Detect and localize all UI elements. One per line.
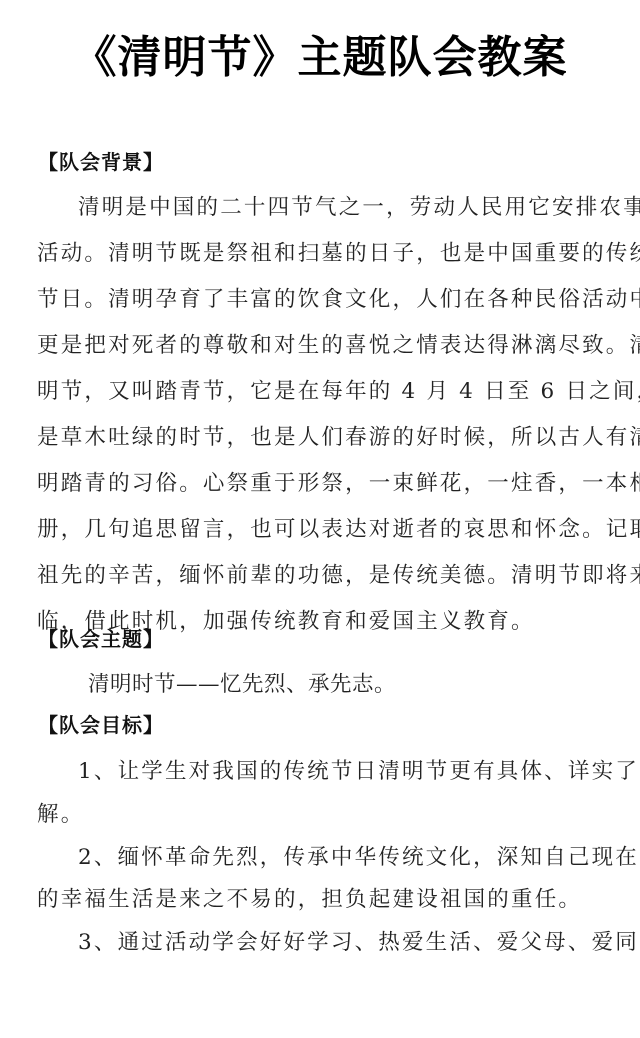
document-title: 《清明节》主题队会教案 — [0, 28, 640, 88]
goal-line: 1、让学生对我国的传统节日清明节更有具体、详实了 — [78, 757, 639, 787]
paragraph-line: 清明是中国的二十四节气之一，劳动人民用它安排农事 — [78, 193, 640, 223]
paragraph-line: 明踏青的习俗。心祭重于形祭，一束鲜花，一炷香，一本相 — [37, 469, 640, 499]
paragraph-line: 明节，又叫踏青节，它是在每年的 4 月 4 日至 6 日之间，正 — [37, 377, 640, 407]
goal-line: 3、通过活动学会好好学习、热爱生活、爱父母、爱同 — [78, 928, 639, 958]
paragraph-line: 节日。清明孕育了丰富的饮食文化，人们在各种民俗活动中， — [37, 285, 640, 315]
theme-line: 清明时节——忆先烈、承先志。 — [88, 670, 396, 700]
section-heading-background: 【队会背景】 — [38, 147, 164, 177]
paragraph-line: 是草木吐绿的时节，也是人们春游的好时候，所以古人有清 — [37, 423, 640, 453]
paragraph-line: 册，几句追思留言，也可以表达对逝者的哀思和怀念。记取 — [37, 515, 640, 545]
section-heading-theme: 【队会主题】 — [38, 624, 164, 654]
document-page: 《清明节》主题队会教案 【队会背景】 清明是中国的二十四节气之一，劳动人民用它安… — [0, 0, 640, 1038]
goal-line: 的幸福生活是来之不易的，担负起建设祖国的重任。 — [37, 885, 582, 915]
goal-line: 2、缅怀革命先烈，传承中华传统文化，深知自己现在 — [78, 843, 639, 873]
paragraph-line: 活动。清明节既是祭祖和扫墓的日子，也是中国重要的传统 — [37, 239, 640, 269]
section-heading-goals: 【队会目标】 — [38, 710, 164, 740]
paragraph-line: 祖先的辛苦，缅怀前辈的功德，是传统美德。清明节即将来 — [37, 561, 640, 591]
paragraph-line: 更是把对死者的尊敬和对生的喜悦之情表达得淋漓尽致。清 — [37, 331, 640, 361]
goal-line: 解。 — [37, 800, 84, 830]
